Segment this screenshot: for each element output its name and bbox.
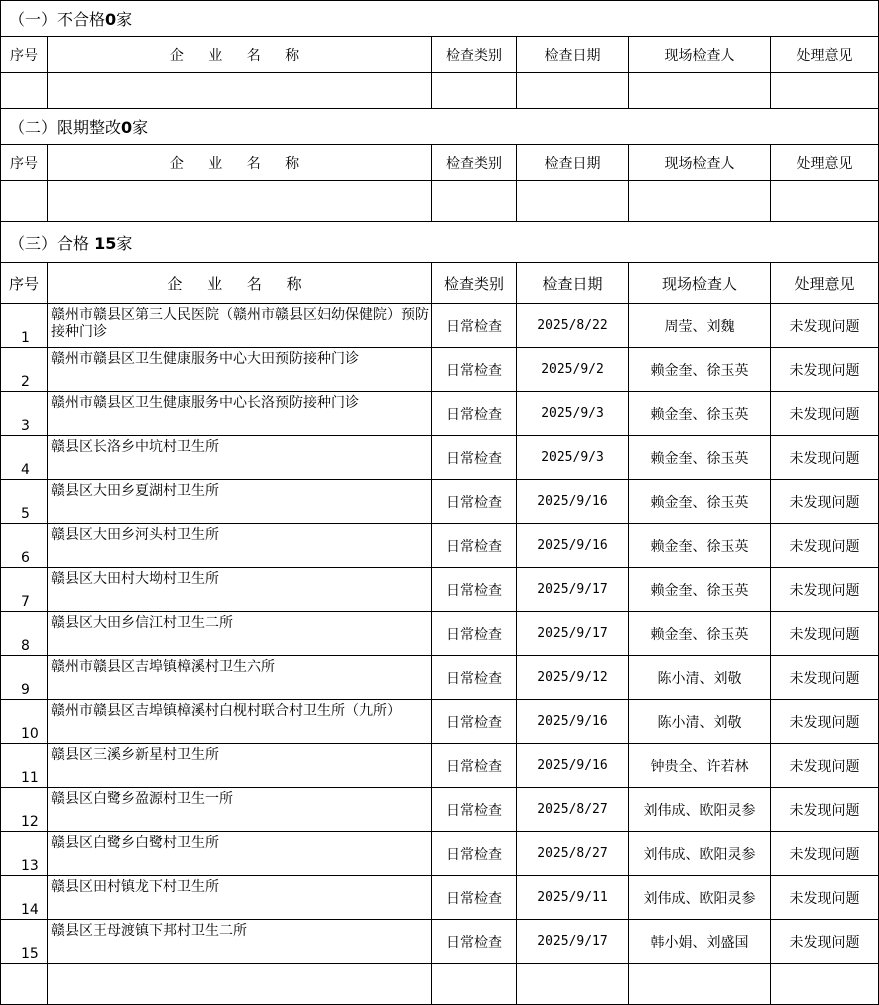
inspectors: 赖金奎、徐玉英	[629, 348, 771, 392]
inspection-type: 日常检查	[432, 744, 517, 788]
header-type: 检查类别	[432, 263, 517, 304]
handling-result: 未发现问题	[771, 392, 879, 436]
company-name: 赣县区大田乡河头村卫生所	[48, 524, 432, 568]
handling-result: 未发现问题	[771, 832, 879, 876]
table-row: 11 赣县区三溪乡新星村卫生所 日常检查 2025/9/16 钟贵全、许若林 未…	[1, 744, 879, 788]
handling-result: 未发现问题	[771, 524, 879, 568]
header-name: 企 业 名 称	[48, 37, 432, 73]
row-index: 5	[1, 480, 48, 524]
company-name: 赣县区大田乡夏湖村卫生所	[48, 480, 432, 524]
empty-cell	[48, 181, 432, 222]
inspection-date: 2025/9/2	[517, 348, 629, 392]
inspectors: 陈小清、刘敬	[629, 700, 771, 744]
inspection-date: 2025/8/27	[517, 832, 629, 876]
header-date: 检查日期	[517, 37, 629, 73]
row-index: 3	[1, 392, 48, 436]
inspection-type: 日常检查	[432, 788, 517, 832]
table-row: 5 赣县区大田乡夏湖村卫生所 日常检查 2025/9/16 赖金奎、徐玉英 未发…	[1, 480, 879, 524]
table-row: 14 赣县区田村镇龙下村卫生所 日常检查 2025/9/11 刘伟成、欧阳灵参 …	[1, 876, 879, 920]
empty-cell	[1, 181, 48, 222]
inspection-type: 日常检查	[432, 612, 517, 656]
inspectors: 赖金奎、徐玉英	[629, 480, 771, 524]
inspectors: 钟贵全、许若林	[629, 744, 771, 788]
handling-result: 未发现问题	[771, 348, 879, 392]
inspection-type: 日常检查	[432, 304, 517, 348]
empty-cell	[629, 181, 771, 222]
section-title-suffix: 家	[116, 234, 132, 253]
inspectors: 赖金奎、徐玉英	[629, 524, 771, 568]
row-index: 1	[1, 304, 48, 348]
table-row: 12 赣县区白鹭乡盈源村卫生一所 日常检查 2025/8/27 刘伟成、欧阳灵参…	[1, 788, 879, 832]
handling-result: 未发现问题	[771, 788, 879, 832]
table-row: 3 赣州市赣县区卫生健康服务中心长洛预防接种门诊 日常检查 2025/9/3 赖…	[1, 392, 879, 436]
row-index: 12	[1, 788, 48, 832]
inspection-type: 日常检查	[432, 436, 517, 480]
section-title-suffix: 家	[132, 118, 148, 137]
empty-cell	[517, 73, 629, 109]
inspection-date: 2025/9/11	[517, 876, 629, 920]
header-type: 检查类别	[432, 37, 517, 73]
header-type: 检查类别	[432, 145, 517, 181]
inspectors: 刘伟成、欧阳灵参	[629, 788, 771, 832]
handling-result: 未发现问题	[771, 656, 879, 700]
table-row: 6 赣县区大田乡河头村卫生所 日常检查 2025/9/16 赖金奎、徐玉英 未发…	[1, 524, 879, 568]
inspection-type: 日常检查	[432, 348, 517, 392]
inspectors: 赖金奎、徐玉英	[629, 612, 771, 656]
company-name: 赣州市赣县区吉埠镇樟溪村卫生六所	[48, 656, 432, 700]
table-row: 8 赣县区大田乡信江村卫生二所 日常检查 2025/9/17 赖金奎、徐玉英 未…	[1, 612, 879, 656]
row-index: 2	[1, 348, 48, 392]
handling-result: 未发现问题	[771, 480, 879, 524]
header-index: 序号	[1, 263, 48, 304]
inspectors: 赖金奎、徐玉英	[629, 392, 771, 436]
inspection-date: 2025/9/17	[517, 568, 629, 612]
inspection-date: 2025/9/16	[517, 480, 629, 524]
inspection-date: 2025/8/27	[517, 788, 629, 832]
row-index: 15	[1, 920, 48, 961]
inspectors: 赖金奎、徐玉英	[629, 568, 771, 612]
section-title-row: （一）不合格0家	[1, 1, 879, 37]
header-row: 序号 企 业 名 称 检查类别 检查日期 现场检查人 处理意见	[1, 263, 879, 304]
inspection-date: 2025/9/3	[517, 392, 629, 436]
header-name: 企 业 名 称	[48, 263, 432, 304]
header-result: 处理意见	[771, 145, 879, 181]
company-name: 赣县区长洛乡中坑村卫生所	[48, 436, 432, 480]
inspection-date: 2025/9/16	[517, 700, 629, 744]
row-index: 4	[1, 436, 48, 480]
company-name: 赣县区白鹭乡白鹭村卫生所	[48, 832, 432, 876]
handling-result: 未发现问题	[771, 744, 879, 788]
header-date: 检查日期	[517, 263, 629, 304]
section-count: 0	[121, 118, 132, 137]
handling-result: 未发现问题	[771, 612, 879, 656]
inspection-type: 日常检查	[432, 392, 517, 436]
company-name: 赣州市赣县区卫生健康服务中心大田预防接种门诊	[48, 348, 432, 392]
header-row: 序号 企 业 名 称 检查类别 检查日期 现场检查人 处理意见	[1, 37, 879, 73]
company-name: 赣县区大田村大坳村卫生所	[48, 568, 432, 612]
empty-cell	[1, 73, 48, 109]
header-result: 处理意见	[771, 37, 879, 73]
empty-cell	[517, 181, 629, 222]
inspection-date: 2025/9/16	[517, 744, 629, 788]
inspection-date: 2025/9/12	[517, 656, 629, 700]
section-title: （三）合格 15家	[1, 222, 879, 263]
inspection-date: 2025/8/22	[517, 304, 629, 348]
handling-result: 未发现问题	[771, 700, 879, 744]
header-inspectors: 现场检查人	[629, 263, 771, 304]
inspectors: 刘伟成、欧阳灵参	[629, 832, 771, 876]
header-row: 序号 企 业 名 称 检查类别 检查日期 现场检查人 处理意见	[1, 145, 879, 181]
inspection-type: 日常检查	[432, 700, 517, 744]
section-title: （一）不合格0家	[1, 1, 879, 37]
inspection-type: 日常检查	[432, 920, 517, 961]
inspection-type: 日常检查	[432, 832, 517, 876]
row-index: 6	[1, 524, 48, 568]
section-title-row: （二）限期整改0家	[1, 109, 879, 145]
company-name: 赣县区白鹭乡盈源村卫生一所	[48, 788, 432, 832]
inspectors: 刘伟成、欧阳灵参	[629, 876, 771, 920]
empty-cell	[771, 73, 879, 109]
table-row: 9 赣州市赣县区吉埠镇樟溪村卫生六所 日常检查 2025/9/12 陈小清、刘敬…	[1, 656, 879, 700]
table-row: 15 赣县区王母渡镇下邦村卫生二所 日常检查 2025/9/17 韩小娟、刘盛国…	[1, 920, 879, 961]
table-row: 1 赣州市赣县区第三人民医院（赣州市赣县区妇幼保健院）预防接种门诊 日常检查 2…	[1, 304, 879, 348]
section-title: （二）限期整改0家	[1, 109, 879, 145]
company-name: 赣州市赣县区吉埠镇樟溪村白枧村联合村卫生所（九所）	[48, 700, 432, 744]
row-index: 13	[1, 832, 48, 876]
row-index: 8	[1, 612, 48, 656]
company-name: 赣州市赣县区卫生健康服务中心长洛预防接种门诊	[48, 392, 432, 436]
row-index: 14	[1, 876, 48, 920]
handling-result: 未发现问题	[771, 876, 879, 920]
table-row: 13 赣县区白鹭乡白鹭村卫生所 日常检查 2025/8/27 刘伟成、欧阳灵参 …	[1, 832, 879, 876]
handling-result: 未发现问题	[771, 436, 879, 480]
header-name: 企 业 名 称	[48, 145, 432, 181]
row-index: 11	[1, 744, 48, 788]
inspection-type: 日常检查	[432, 568, 517, 612]
empty-cell	[432, 181, 517, 222]
header-index: 序号	[1, 145, 48, 181]
company-name: 赣州市赣县区第三人民医院（赣州市赣县区妇幼保健院）预防接种门诊	[48, 304, 432, 348]
table-row: 4 赣县区长洛乡中坑村卫生所 日常检查 2025/9/3 赖金奎、徐玉英 未发现…	[1, 436, 879, 480]
empty-row	[1, 73, 879, 109]
section-title-row: （三）合格 15家	[1, 222, 879, 263]
company-name: 赣县区王母渡镇下邦村卫生二所	[48, 920, 432, 961]
inspection-type: 日常检查	[432, 480, 517, 524]
row-index: 9	[1, 656, 48, 700]
inspection-date: 2025/9/17	[517, 612, 629, 656]
section-title-text: （三）合格	[9, 234, 94, 253]
handling-result: 未发现问题	[771, 568, 879, 612]
inspectors: 赖金奎、徐玉英	[629, 436, 771, 480]
header-inspectors: 现场检查人	[629, 145, 771, 181]
inspection-date: 2025/9/3	[517, 436, 629, 480]
company-name: 赣县区田村镇龙下村卫生所	[48, 876, 432, 920]
row-index: 10	[1, 700, 48, 744]
empty-cell	[48, 73, 432, 109]
inspection-type: 日常检查	[432, 656, 517, 700]
table-row: 7 赣县区大田村大坳村卫生所 日常检查 2025/9/17 赖金奎、徐玉英 未发…	[1, 568, 879, 612]
empty-cell	[432, 73, 517, 109]
inspection-date: 2025/9/16	[517, 524, 629, 568]
company-name: 赣县区大田乡信江村卫生二所	[48, 612, 432, 656]
header-result: 处理意见	[771, 263, 879, 304]
empty-cell	[629, 73, 771, 109]
row-index: 7	[1, 568, 48, 612]
header-date: 检查日期	[517, 145, 629, 181]
inspection-type: 日常检查	[432, 876, 517, 920]
inspectors: 韩小娟、刘盛国	[629, 920, 771, 961]
inspectors: 周莹、刘魏	[629, 304, 771, 348]
section-count: 15	[94, 234, 116, 253]
section-count: 0	[105, 10, 116, 29]
inspection-type: 日常检查	[432, 524, 517, 568]
header-index: 序号	[1, 37, 48, 73]
section-title-text: （一）不合格	[9, 10, 105, 29]
handling-result: 未发现问题	[771, 920, 879, 961]
table-row: 10 赣州市赣县区吉埠镇樟溪村白枧村联合村卫生所（九所） 日常检查 2025/9…	[1, 700, 879, 744]
company-name: 赣县区三溪乡新星村卫生所	[48, 744, 432, 788]
empty-row	[1, 181, 879, 222]
table-row: 2 赣州市赣县区卫生健康服务中心大田预防接种门诊 日常检查 2025/9/2 赖…	[1, 348, 879, 392]
inspectors: 陈小清、刘敬	[629, 656, 771, 700]
handling-result: 未发现问题	[771, 304, 879, 348]
section-title-text: （二）限期整改	[9, 118, 121, 137]
header-inspectors: 现场检查人	[629, 37, 771, 73]
inspection-results-table: （一）不合格0家 序号 企 业 名 称 检查类别 检查日期 现场检查人 处理意见…	[0, 0, 879, 960]
empty-cell	[771, 181, 879, 222]
inspection-date: 2025/9/17	[517, 920, 629, 961]
section-title-suffix: 家	[116, 10, 132, 29]
